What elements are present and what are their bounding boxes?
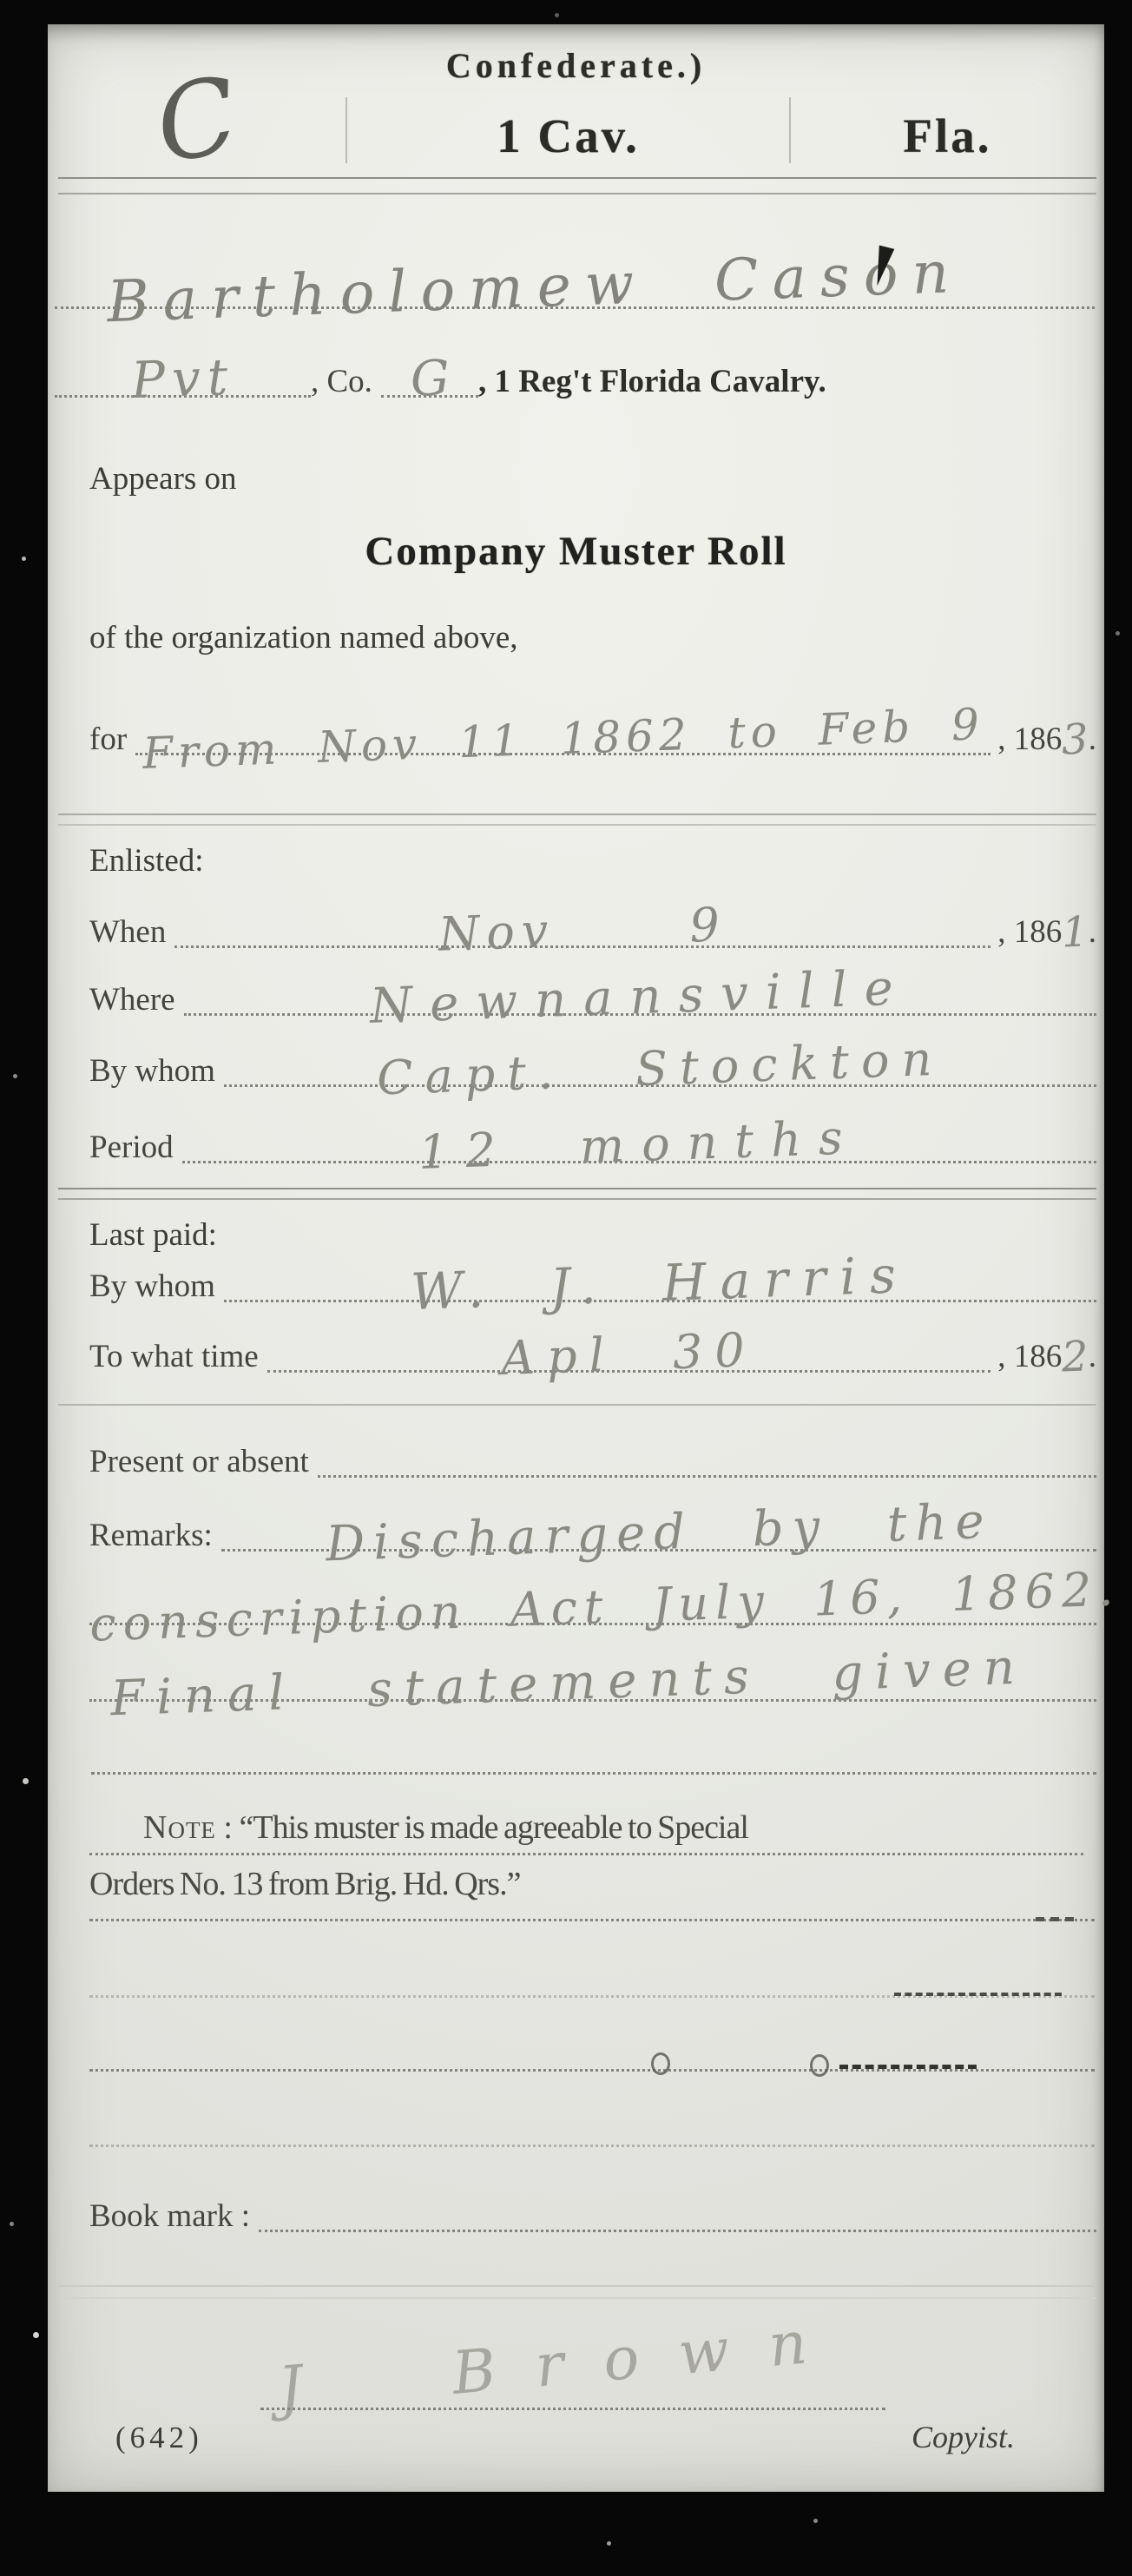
remarks-line: Final statements given bbox=[109, 1645, 1027, 1721]
copyist-signature: J Brown bbox=[276, 2311, 849, 2420]
enlisted-heading: Enlisted: bbox=[89, 845, 204, 877]
when-row: When Nov 9 , 186 1 . bbox=[89, 893, 1096, 948]
section-rule bbox=[58, 824, 1096, 826]
company-value: G bbox=[410, 357, 450, 402]
double-rule bbox=[58, 1188, 1096, 1189]
card-number: (642) bbox=[115, 2421, 203, 2455]
muster-period-row: for From Nov 11 1862 to Feb 9 , 186 3 . bbox=[89, 682, 1096, 755]
dotted-line bbox=[89, 2144, 1095, 2147]
ink-ring bbox=[651, 2052, 670, 2075]
copyist-label: Copyist. bbox=[912, 2419, 1015, 2455]
year-digit: 3 bbox=[1061, 721, 1089, 759]
unit-label: 1 Cav. bbox=[497, 109, 640, 163]
section-rule bbox=[58, 1404, 1096, 1406]
note-block: Note : “This muster is made agreeable to… bbox=[89, 1811, 1083, 1901]
rank-value: Pvt bbox=[130, 354, 235, 403]
year-prefix: , 186 bbox=[997, 916, 1062, 948]
year-prefix: , 186 bbox=[997, 1341, 1062, 1373]
photo-background: Confederate.) C 1 Cav. Fla. Bartholomew … bbox=[0, 0, 1132, 2576]
present-or-absent-row: Present or absent bbox=[89, 1426, 1096, 1478]
ink-ring bbox=[810, 2054, 829, 2077]
to-what-time-label: To what time bbox=[89, 1341, 267, 1373]
double-rule bbox=[58, 193, 1096, 194]
remarks-row: conscription Act July 16, 1862. bbox=[89, 1561, 1096, 1625]
header-row: C 1 Cav. Fla. bbox=[48, 97, 1104, 163]
by-whom-label: By whom bbox=[89, 1055, 224, 1087]
organization-text: of the organization named above, bbox=[89, 622, 518, 654]
ink-dashes bbox=[1036, 1917, 1074, 1921]
to-what-time-row: To what time Apl 30 , 186 2 . bbox=[89, 1309, 1096, 1373]
film-specks bbox=[0, 0, 3, 3]
record-title: Company Muster Roll bbox=[48, 528, 1104, 575]
year-digit: 2 bbox=[1061, 1338, 1089, 1376]
dotted-line bbox=[89, 2069, 1095, 2072]
note-line: “This muster is made agreeable to Specia… bbox=[239, 1809, 747, 1846]
period-mark: . bbox=[1089, 916, 1096, 948]
paid-by-whom-value: W. J. Harris bbox=[410, 1252, 910, 1314]
remarks-line: conscription Act July 16, 1862. bbox=[89, 1569, 1122, 1647]
year-digit: 1 bbox=[1061, 913, 1089, 952]
note-line: Orders No. 13 from Brig. Hd. Qrs.” bbox=[89, 1855, 1083, 1901]
where-value: Newnansville bbox=[369, 966, 911, 1029]
bookmark-label: Book mark : bbox=[89, 2200, 259, 2232]
section-rule bbox=[58, 814, 1096, 815]
remarks-row: Final statements given bbox=[89, 1637, 1096, 1702]
period-mark: . bbox=[1089, 723, 1096, 755]
ink-dashes bbox=[839, 2065, 977, 2069]
company-label: , Co. bbox=[311, 366, 381, 398]
by-whom-label: By whom bbox=[89, 1270, 224, 1302]
bookmark-row: Book mark : bbox=[89, 2191, 1096, 2232]
where-label: Where bbox=[89, 984, 184, 1016]
dotted-line bbox=[91, 1772, 1096, 1775]
regiment-label: , 1 Reg't Florida Cavalry. bbox=[478, 366, 835, 398]
where-row: Where Newnansville bbox=[89, 958, 1096, 1016]
period-label: Period bbox=[89, 1131, 182, 1163]
appears-on-text: Appears on bbox=[89, 463, 237, 495]
muster-period-value: From Nov 11 1862 to Feb 9 bbox=[141, 705, 984, 774]
enlisted-by-whom-row: By whom Capt. Stockton bbox=[89, 1029, 1096, 1087]
period-mark: . bbox=[1089, 1341, 1096, 1373]
present-or-absent-label: Present or absent bbox=[89, 1446, 318, 1478]
for-label: for bbox=[89, 723, 135, 755]
remarks-line: Discharged by the bbox=[325, 1499, 993, 1566]
period-value: 12 months bbox=[418, 1117, 860, 1175]
faint-rule bbox=[58, 2285, 1096, 2287]
name-line: Bartholomew Cason bbox=[55, 224, 1095, 309]
faint-rule bbox=[58, 2297, 1096, 2299]
dotted-line bbox=[89, 1919, 1095, 1921]
state-label: Fla. bbox=[903, 109, 991, 163]
rank-line: Pvt , Co. G , 1 Reg't Florida Cavalry. bbox=[55, 330, 1066, 398]
when-label: When bbox=[89, 916, 174, 948]
soldier-name: Bartholomew Cason bbox=[106, 246, 964, 327]
remarks-label: Remarks: bbox=[89, 1519, 221, 1552]
double-rule bbox=[58, 177, 1096, 179]
series-letter: C bbox=[150, 74, 243, 169]
muster-roll-card: Confederate.) C 1 Cav. Fla. Bartholomew … bbox=[48, 24, 1104, 2492]
when-value: Nov 9 bbox=[438, 905, 727, 957]
note-intro: Note : bbox=[143, 1809, 234, 1846]
signature-line bbox=[260, 2408, 885, 2410]
double-rule bbox=[58, 1198, 1096, 1200]
period-row: Period 12 months bbox=[89, 1101, 1096, 1163]
paid-by-whom-row: By whom W. J. Harris bbox=[89, 1242, 1096, 1302]
to-what-time-value: Apl 30 bbox=[500, 1329, 757, 1380]
ink-dashes bbox=[894, 1993, 1062, 1996]
remarks-row: Remarks: Discharged by the bbox=[89, 1488, 1096, 1552]
year-prefix: , 186 bbox=[997, 723, 1062, 755]
by-whom-value: Capt. Stockton bbox=[376, 1038, 944, 1100]
